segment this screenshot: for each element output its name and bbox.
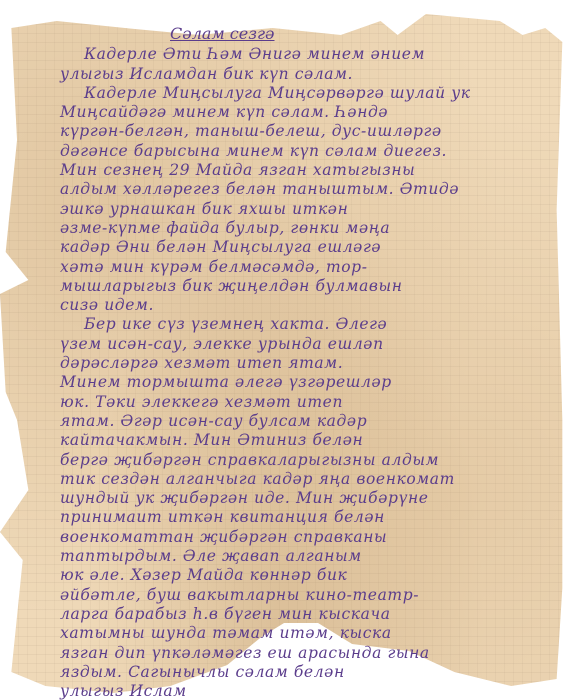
letter-line: юк. Тәки элеккегә хезмәт итеп bbox=[60, 393, 550, 412]
letter-line: кайтачакмын. Мин Әтиниз белән bbox=[60, 431, 550, 450]
letter-line: Миңсайдәгә минем күп сәлам. Һәндә bbox=[60, 103, 550, 122]
letter-line: улыгыз Исламдан бик күп сәлам. bbox=[60, 65, 550, 84]
letter-line: кадәр Әни белән Миңсылуга ешләгә bbox=[60, 238, 550, 257]
letter-line: улыгыз Ислам bbox=[60, 682, 550, 700]
letter-line: Бер ике сүз үземнең хакта. Әлегә bbox=[60, 315, 550, 334]
letter-line: эшкә урнашкан бик яхшы иткән bbox=[60, 200, 550, 219]
letter-line: военкоматтан җибәргән справканы bbox=[60, 528, 550, 547]
letter-line: Кадерле Миңсылуга Миңсәрвәргә шулай ук bbox=[60, 84, 550, 103]
letter-line: Кадерле Әти Һәм Әнигә минем әнием bbox=[60, 45, 550, 64]
letter-line: шундый ук җибәргән иде. Мин җибәрүне bbox=[60, 489, 550, 508]
letter-line: дәрәсләргә хезмәт итеп ятам. bbox=[60, 354, 550, 373]
letter-body: Сәлам сезгә Кадерле Әти Һәм Әнигә минем … bbox=[60, 24, 550, 700]
letter-line: Минем тормышта әлегә үзгәрешләр bbox=[60, 373, 550, 392]
letter-line: ларга барабыз h.в бүген мин кыскача bbox=[60, 605, 550, 624]
letter-line: бергә җибәргән справкаларыгызны алдым bbox=[60, 451, 550, 470]
letter-line: күргән-белгән, таныш-белеш, дус-ишләргә bbox=[60, 122, 550, 141]
letter-line: тик сездән алганчыга кадәр яңа военкомат bbox=[60, 470, 550, 489]
letter-line: сизә идем. bbox=[60, 296, 550, 315]
letter-line: таптырдым. Әле җавап алганым bbox=[60, 547, 550, 566]
letter-line: яздым. Сагынычлы сәлам белән bbox=[60, 663, 550, 682]
letter-line: хатымны шунда тәмам итәм, кыска bbox=[60, 624, 550, 643]
letter-line: әзме-күпме файда булыр, гөнки мәңа bbox=[60, 219, 550, 238]
letter-line: дәгәнсе барысына минем күп сәлам диегез. bbox=[60, 142, 550, 161]
letter-title: Сәлам сезгә bbox=[170, 24, 550, 43]
letter-line: хәтә мин күрәм белмәсәмдә, тор- bbox=[60, 258, 550, 277]
letter-line: Мин сезнең 29 Майда язган хатыгызны bbox=[60, 161, 550, 180]
letter-line: үзем исән-сау, элекке урында ешләп bbox=[60, 335, 550, 354]
letter-line: ятам. Әгәр исән-сау булсам кадәр bbox=[60, 412, 550, 431]
letter-line: алдым хәлләрегез белән таныштым. Әтидә bbox=[60, 180, 550, 199]
letter-line: принимаит иткән квитанция белән bbox=[60, 508, 550, 527]
letter-line: юк әле. Хәзер Майда көннәр бик bbox=[60, 566, 550, 585]
letter-line: мышларыгыз бик җиңелдән булмавын bbox=[60, 277, 550, 296]
letter-line: язган дип үпкәләмәгез еш арасында гына bbox=[60, 644, 550, 663]
letter-line: әйбәтле, буш вакытларны кино-театр- bbox=[60, 586, 550, 605]
